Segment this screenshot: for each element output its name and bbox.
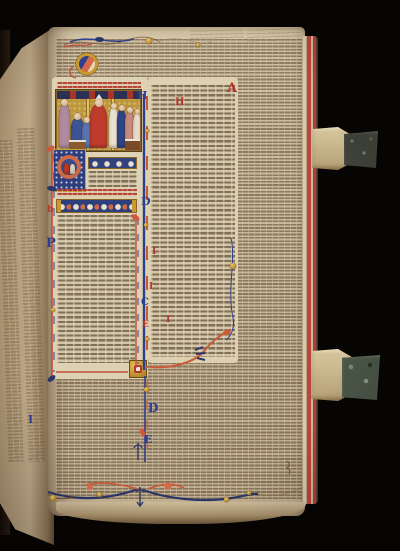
- main-text-right-column: [151, 85, 235, 357]
- gold-ball: [144, 387, 149, 392]
- figure-head: [127, 107, 133, 113]
- ornament-band-small: [88, 157, 137, 169]
- initial-letter: E: [142, 321, 149, 330]
- rubric-line: [57, 189, 137, 197]
- gold-ball: [230, 263, 236, 269]
- gold-ball: [247, 491, 251, 495]
- gold-ball: [97, 492, 102, 497]
- figure-head: [135, 109, 140, 114]
- gold-ball: [51, 308, 55, 312]
- historiated-initial: [53, 149, 86, 192]
- gold-ball: [196, 43, 200, 47]
- text-beside-initial: [88, 171, 137, 187]
- figure-pope-enthroned: [90, 104, 107, 148]
- marginal-annotation: [247, 28, 301, 42]
- foliate-bar-border: [56, 199, 137, 213]
- gold-ball: [146, 38, 152, 44]
- marginal-initial-ornament: [76, 53, 98, 75]
- initial-letter: H: [175, 98, 184, 108]
- initial-letter: E: [144, 434, 152, 445]
- manuscript-photo: H H A D P C E I I I D E I b: [0, 0, 400, 551]
- figure-head: [119, 105, 125, 111]
- initial-letter: I: [152, 248, 156, 257]
- figure-head: [61, 99, 68, 106]
- marginal-annotation: [190, 29, 244, 39]
- left-page: [0, 22, 54, 545]
- figure-head: [95, 99, 103, 107]
- gold-ball: [145, 337, 149, 341]
- roundel-figure: [70, 164, 75, 174]
- upper-clasp: [344, 131, 378, 168]
- altar-right: [125, 139, 140, 150]
- rubric-line: [57, 82, 141, 90]
- knot-core: [134, 365, 142, 373]
- figure-head: [111, 103, 117, 109]
- initial-roundel: [57, 155, 81, 179]
- initial-letter: b: [47, 206, 53, 215]
- gold-ball: [50, 495, 56, 501]
- initial-letter: H: [137, 90, 147, 101]
- initial-letter: C: [141, 298, 149, 308]
- lower-clasp: [342, 355, 380, 400]
- gold-ball: [144, 223, 148, 227]
- initial-letter: I: [166, 316, 170, 325]
- initial-letter: I: [149, 283, 153, 292]
- initial-letter: P: [46, 237, 56, 250]
- roundel-figure: [64, 163, 69, 174]
- main-text-left-column: [57, 215, 135, 363]
- initial-letter: A: [227, 82, 237, 95]
- gold-knot-boss: [129, 360, 147, 378]
- gold-ball: [224, 497, 229, 502]
- bottom-page-edges: [56, 502, 306, 524]
- fore-edge: [303, 36, 318, 504]
- gold-ball: [145, 129, 149, 133]
- figure-head: [74, 113, 81, 120]
- initial-letter: I: [28, 414, 33, 425]
- initial-letter: D: [141, 196, 151, 207]
- miniature: [56, 90, 141, 151]
- initial-letter: D: [148, 402, 158, 414]
